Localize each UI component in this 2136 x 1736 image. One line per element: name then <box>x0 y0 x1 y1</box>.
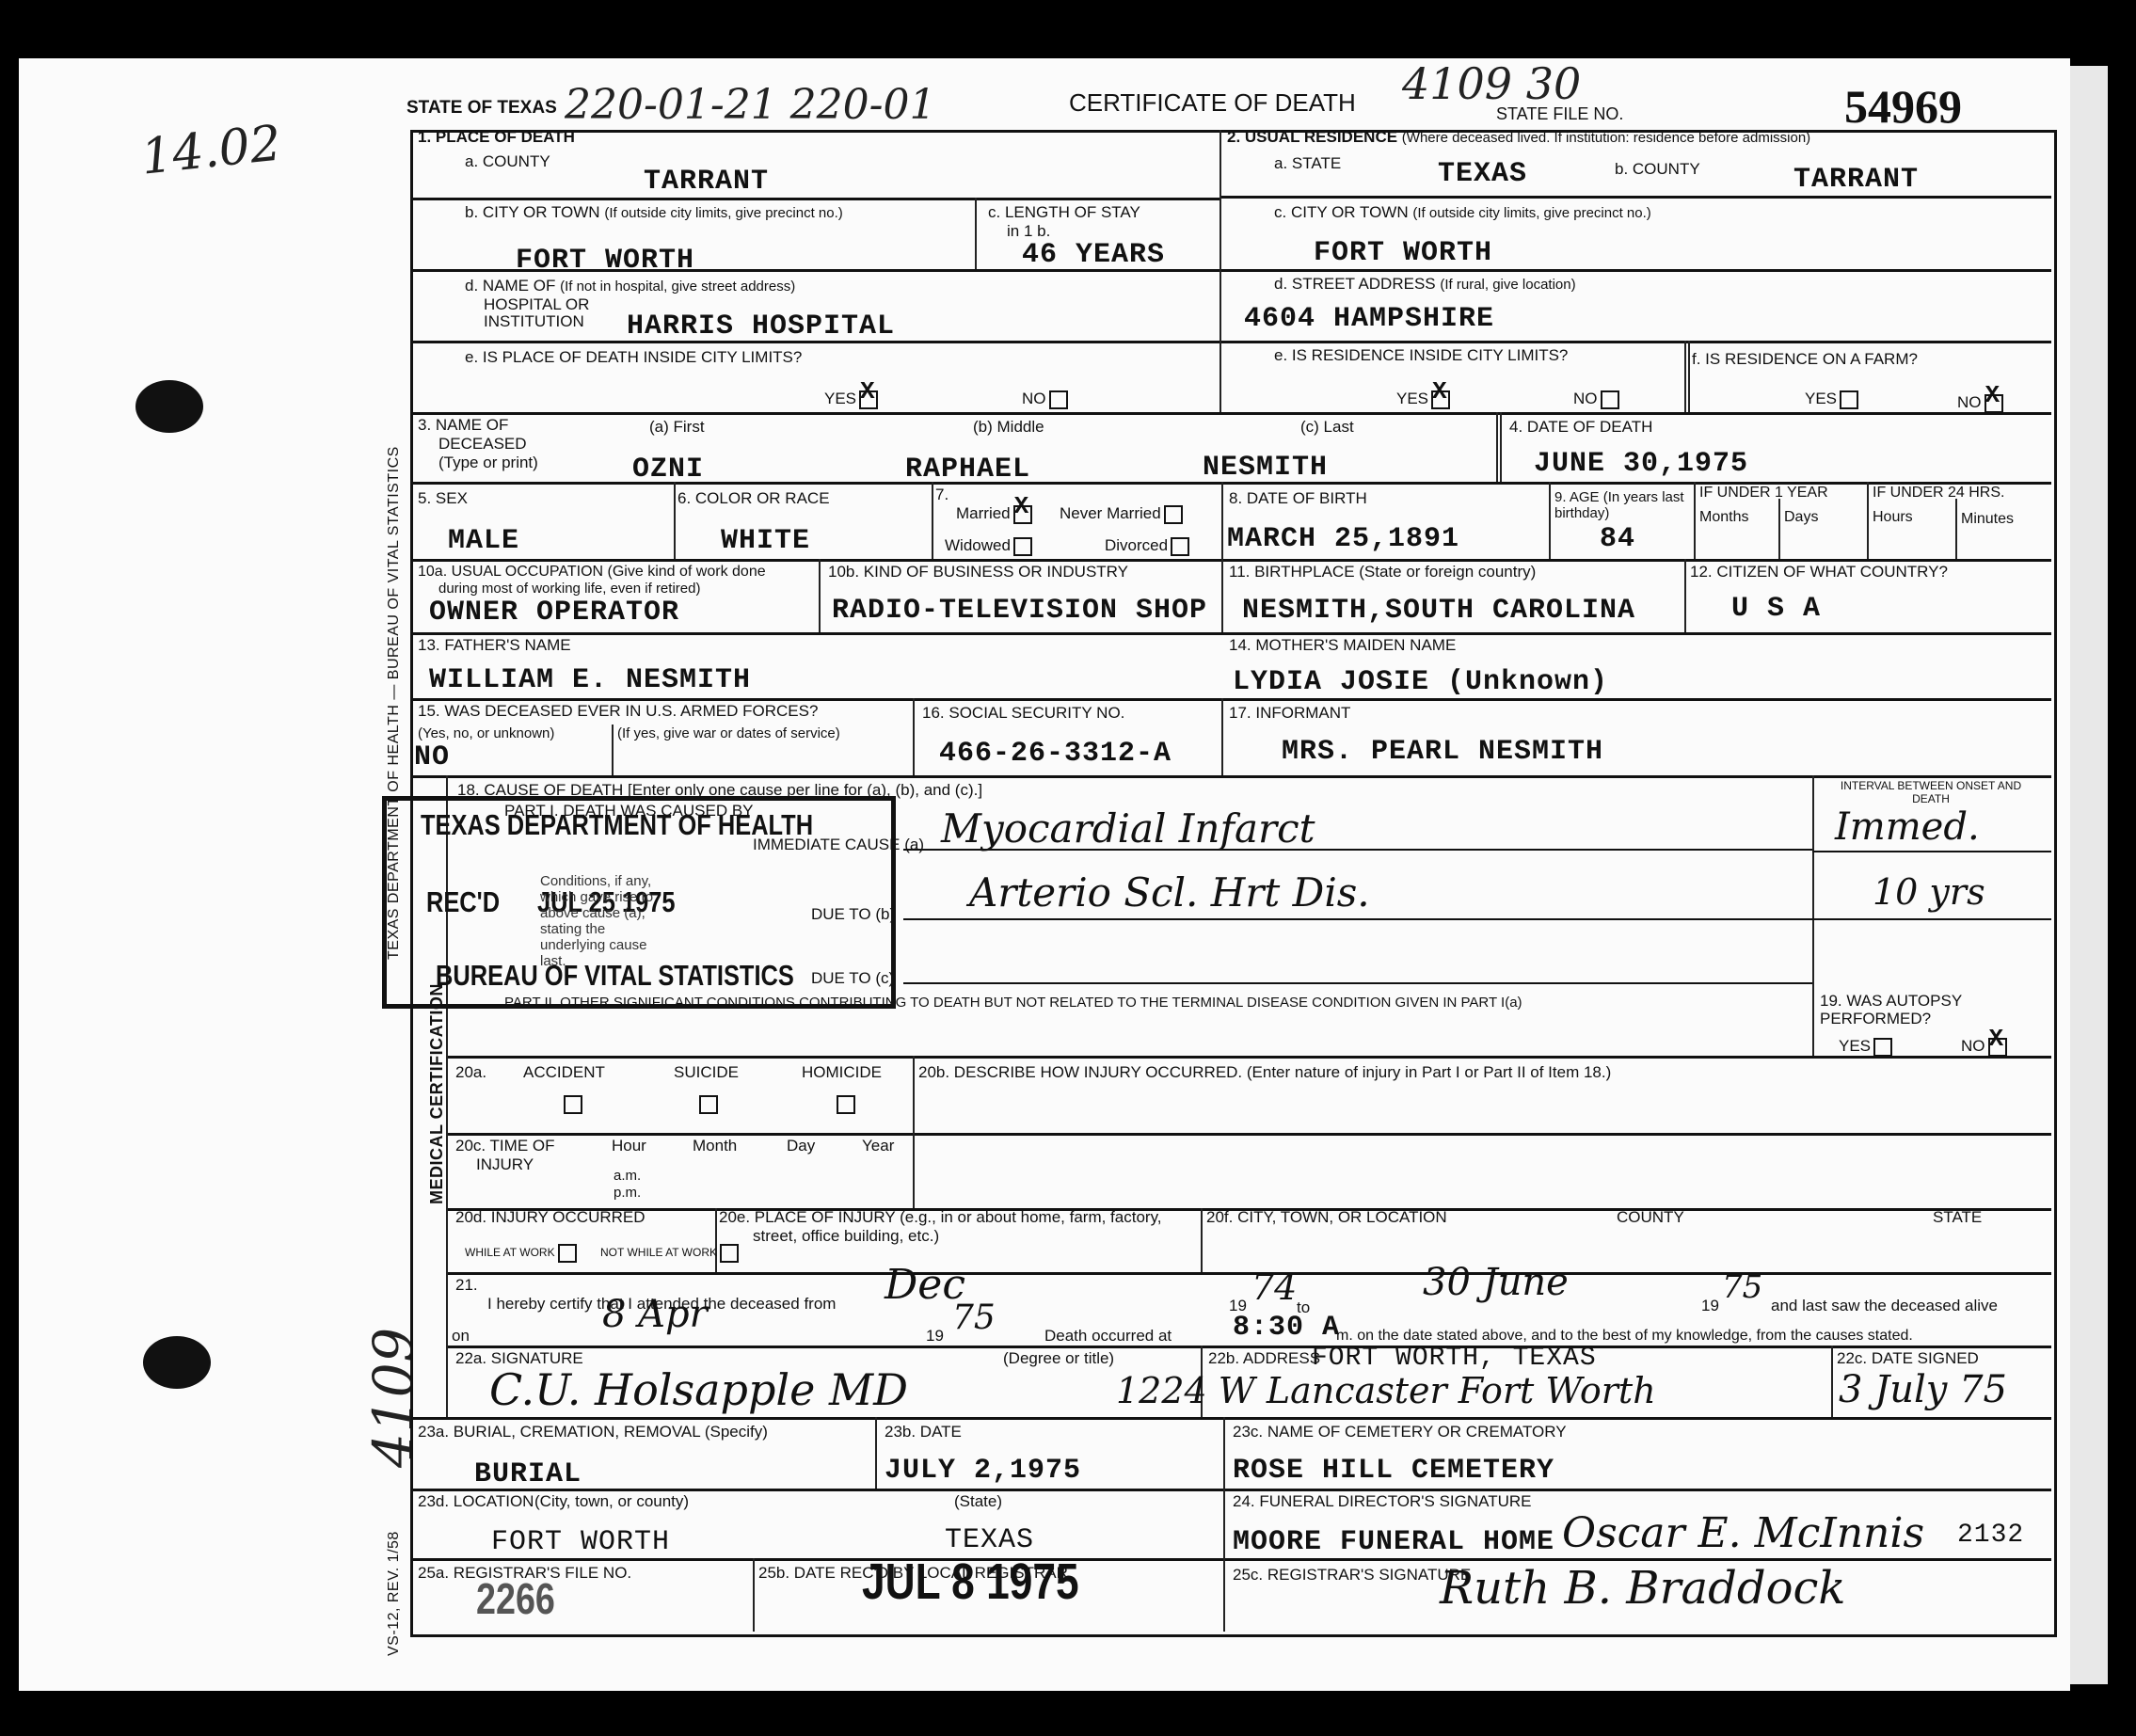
burial-state: TEXAS <box>945 1524 1034 1556</box>
hospital-name: HARRIS HOSPITAL <box>627 311 895 342</box>
place-of-death-label: 1. PLACE OF DEATH <box>418 128 575 146</box>
accident-label: ACCIDENT <box>523 1063 605 1081</box>
res-street-label: d. STREET ADDRESS (If rural, give locati… <box>1274 275 1576 294</box>
birthplace: NESMITH,SOUTH CAROLINA <box>1242 595 1635 627</box>
location-hint: (City, town, or county) <box>534 1492 689 1510</box>
res-county-label: b. COUNTY <box>1615 160 1700 178</box>
injury-c-label: 20c. TIME OF <box>455 1137 555 1155</box>
handwritten-codes: 220-01-21 220-01 <box>565 81 936 129</box>
death-city: FORT WORTH <box>516 245 694 277</box>
registrar-date: JUL 8 1975 <box>862 1553 1079 1611</box>
age-value: 84 <box>1600 523 1635 555</box>
birthplace-label: 11. BIRTHPLACE (State or foreign country… <box>1229 563 1536 581</box>
armed-forces: NO <box>414 741 450 773</box>
hours-label: Hours <box>1873 508 1913 526</box>
occupation-hint: during most of working life, even if ret… <box>438 580 700 597</box>
mother-name: LYDIA JOSIE (Unknown) <box>1233 666 1608 698</box>
marital-label: 7. <box>935 486 948 503</box>
mother-label: 14. MOTHER'S MAIDEN NAME <box>1229 636 1456 654</box>
informant-label: 17. INFORMANT <box>1229 704 1350 722</box>
burial-date: JULY 2,1975 <box>885 1455 1081 1487</box>
certificate-title: CERTIFICATE OF DEATH <box>1069 88 1356 118</box>
director-license: 2132 <box>1957 1521 2024 1550</box>
from-year: 74 <box>1251 1266 1297 1308</box>
injury-state-label: STATE <box>1933 1208 1982 1226</box>
age-label: 9. AGE (In years last birthday) <box>1554 489 1696 521</box>
farm-label: f. IS RESIDENCE ON A FARM? <box>1692 350 1918 368</box>
interval-a: Immed. <box>1835 805 1980 849</box>
burial-date-label: 23b. DATE <box>885 1423 962 1441</box>
physician-signature: C.U. Holsapple MD <box>489 1364 908 1415</box>
married-option[interactable]: Married <box>956 504 1032 524</box>
day-label: Day <box>787 1137 815 1155</box>
occurred-label: Death occurred at <box>1044 1327 1172 1345</box>
armed-hint2: (If yes, give war or dates of service) <box>617 725 840 742</box>
seen-year: 75 <box>952 1298 996 1337</box>
date-of-death: JUNE 30,1975 <box>1534 448 1748 480</box>
disposition-label: 23a. BURIAL, CREMATION, REMOVAL (Specify… <box>418 1423 768 1441</box>
hospital-label3: INSTITUTION <box>484 312 584 330</box>
stay-hint: in 1 b. <box>1007 222 1050 240</box>
res-inside-yes[interactable]: YES <box>1396 390 1450 409</box>
res-inside-label: e. IS RESIDENCE INSIDE CITY LIMITS? <box>1274 346 1568 364</box>
autopsy-no[interactable]: NO <box>1961 1037 2007 1057</box>
hospital-label: d. NAME OF (If not in hospital, give str… <box>465 277 795 295</box>
cert-num: 21. <box>455 1276 478 1294</box>
father-name: WILLIAM E. NESMITH <box>429 664 751 696</box>
stamp-recd: REC'D <box>426 885 500 919</box>
cert-text2: and last saw the deceased alive <box>1771 1297 1998 1314</box>
state-of-texas-label: STATE OF TEXAS <box>406 98 557 119</box>
citizen-label: 12. CITIZEN OF WHAT COUNTRY? <box>1690 563 1948 581</box>
ssn-value: 466-26-3312-A <box>939 738 1172 770</box>
location-label: 23d. LOCATION <box>418 1492 534 1510</box>
suicide-label: SUICIDE <box>674 1063 739 1081</box>
dob-label: 8. DATE OF BIRTH <box>1229 489 1367 507</box>
last-name: NESMITH <box>1203 452 1328 484</box>
race-value: WHITE <box>721 525 810 557</box>
sex-value: MALE <box>448 525 519 557</box>
under-day-label: IF UNDER 24 HRS. <box>1873 484 2004 502</box>
due-to-b: Arterio Scl. Hrt Dis. <box>969 869 1370 916</box>
cemetery: ROSE HILL CEMETERY <box>1233 1455 1554 1487</box>
address-label: 22b. ADDRESS <box>1208 1349 1320 1367</box>
form-id: VS-12, REV. 1/58 <box>386 1531 403 1656</box>
binder-hole-top <box>135 380 203 433</box>
armed-hint1: (Yes, no, or unknown) <box>418 725 554 742</box>
page-edge <box>2070 66 2108 1684</box>
injury-e-hint: street, office building, etc.) <box>753 1227 939 1245</box>
accident-checkbox[interactable] <box>564 1095 582 1114</box>
injury-d-label: 20d. INJURY OCCURRED <box>455 1208 646 1226</box>
disposition: BURIAL <box>474 1458 582 1490</box>
injury-c-label2: INJURY <box>476 1155 534 1173</box>
homicide-checkbox[interactable] <box>837 1095 855 1114</box>
first-label: (a) First <box>649 418 705 436</box>
degree-label: (Degree or title) <box>1003 1349 1114 1367</box>
months-label: Months <box>1699 508 1748 526</box>
father-label: 13. FATHER'S NAME <box>418 636 571 654</box>
death-inside-yes[interactable]: YES <box>824 390 878 409</box>
residence-label: 2. USUAL RESIDENCE (Where deceased lived… <box>1227 128 1810 147</box>
city-label: b. CITY OR TOWN (If outside city limits,… <box>465 203 843 222</box>
interval-b: 10 yrs <box>1873 871 1985 913</box>
injury-a-label: 20a. <box>455 1063 486 1081</box>
not-while-at-work[interactable]: NOT WHILE AT WORK <box>600 1244 739 1263</box>
suicide-checkbox[interactable] <box>699 1095 718 1114</box>
immediate-cause: Myocardial Infarct <box>941 805 1315 852</box>
director-signature: Oscar E. McInnis <box>1562 1509 1924 1557</box>
res-inside-no[interactable]: NO <box>1573 390 1619 409</box>
pm-label: p.m. <box>614 1184 641 1202</box>
month-label: Month <box>693 1137 737 1155</box>
injury-county-label: COUNTY <box>1617 1208 1684 1226</box>
minutes-label: Minutes <box>1961 510 2014 528</box>
date-of-birth: MARCH 25,1891 <box>1227 523 1459 555</box>
binder-hole-bottom <box>143 1336 211 1389</box>
ssn-label: 16. SOCIAL SECURITY NO. <box>922 704 1124 722</box>
middle-name: RAPHAEL <box>905 454 1030 486</box>
registrar-sig-label: 25c. REGISTRAR'S SIGNATURE <box>1233 1566 1471 1584</box>
inside-limits-label: e. IS PLACE OF DEATH INSIDE CITY LIMITS? <box>465 348 802 366</box>
address-typed: FORT WORTH, TEXAS <box>1312 1344 1597 1373</box>
date-signed: 3 July 75 <box>1839 1368 2007 1411</box>
seen-year-prefix: 19 <box>926 1327 944 1345</box>
business-label: 10b. KIND OF BUSINESS OR INDUSTRY <box>828 563 1128 581</box>
autopsy-label: 19. WAS AUTOPSY PERFORMED? <box>1820 992 2046 1027</box>
to-year-prefix: 19 <box>1701 1297 1719 1314</box>
residence-street: 4604 HAMPSHIRE <box>1244 303 1494 335</box>
last-label: (c) Last <box>1300 418 1354 436</box>
armed-label: 15. WAS DECEASED EVER IN U.S. ARMED FORC… <box>418 702 818 720</box>
farm-yes[interactable]: YES <box>1805 390 1858 409</box>
registrar-signature: Ruth B. Braddock <box>1440 1562 1845 1615</box>
residence-state: TEXAS <box>1438 158 1527 190</box>
state-file-number: 54969 <box>1844 79 1962 134</box>
under-year-label: IF UNDER 1 YEAR <box>1699 484 1828 502</box>
hospital-label2: HOSPITAL OR <box>484 295 589 313</box>
state-file-label: STATE FILE NO. <box>1496 105 1623 123</box>
first-name: OZNI <box>632 454 704 486</box>
name-hint: (Type or print) <box>438 454 538 471</box>
middle-label: (b) Middle <box>973 418 1044 436</box>
days-label: Days <box>1784 508 1818 526</box>
informant: MRS. PEARL NESMITH <box>1282 736 1603 768</box>
injury-e-label: 20e. PLACE OF INJURY (e.g., in or about … <box>719 1208 1162 1226</box>
homicide-label: HOMICIDE <box>802 1063 882 1081</box>
conditions-hint: Conditions, if any, which gave rise to a… <box>540 873 662 969</box>
business: RADIO-TELEVISION SHOP <box>832 595 1207 627</box>
while-at-work[interactable]: WHILE AT WORK <box>465 1244 577 1263</box>
death-county: TARRANT <box>644 166 769 198</box>
injury-b-label: 20b. DESCRIBE HOW INJURY OCCURRED. (Ente… <box>918 1063 1611 1081</box>
year-label: Year <box>862 1137 894 1155</box>
location-state-hint: (State) <box>954 1492 1002 1510</box>
cemetery-label: 23c. NAME OF CEMETERY OR CREMATORY <box>1233 1423 1567 1441</box>
residence-city: FORT WORTH <box>1314 237 1492 269</box>
citizenship: U S A <box>1731 593 1821 625</box>
stamp-line1: TEXAS DEPARTMENT OF HEALTH <box>421 808 813 842</box>
hour-label: Hour <box>612 1137 646 1155</box>
address-handwritten: 1224 W Lancaster Fort Worth <box>1116 1370 1656 1411</box>
date-signed-label: 22c. DATE SIGNED <box>1837 1349 1979 1367</box>
death-inside-no[interactable]: NO <box>1022 390 1068 409</box>
stay-label: c. LENGTH OF STAY <box>988 203 1140 221</box>
registrar-file-no: 2266 <box>476 1573 555 1624</box>
last-seen-date: 8 Apr <box>602 1293 708 1336</box>
sex-label: 5. SEX <box>418 489 468 507</box>
injury-f-label: 20f. CITY, TOWN, OR LOCATION <box>1206 1208 1447 1226</box>
funeral-home: MOORE FUNERAL HOME <box>1233 1526 1554 1558</box>
occupation: OWNER OPERATOR <box>429 597 679 629</box>
on-label: on <box>452 1327 470 1345</box>
handwritten-file-marks: 4109 30 <box>1402 58 1581 109</box>
autopsy-yes[interactable]: YES <box>1839 1037 1892 1057</box>
widowed-option[interactable]: Widowed <box>945 536 1032 556</box>
farm-no[interactable]: NO <box>1957 393 2003 413</box>
director-label: 24. FUNERAL DIRECTOR'S SIGNATURE <box>1233 1492 1532 1510</box>
burial-city: FORT WORTH <box>491 1526 670 1558</box>
res-state-label: a. STATE <box>1274 154 1341 172</box>
residence-county: TARRANT <box>1793 164 1919 196</box>
divorced-option[interactable]: Divorced <box>1105 536 1189 556</box>
name-label: 3. NAME OF <box>418 416 508 434</box>
length-of-stay: 46 YEARS <box>1022 239 1165 271</box>
am-label: a.m. <box>614 1167 641 1185</box>
county-label: a. COUNTY <box>465 152 550 170</box>
to-year: 75 <box>1722 1268 1762 1306</box>
dod-label: 4. DATE OF DEATH <box>1509 418 1652 436</box>
attended-to: 30 June <box>1423 1261 1569 1304</box>
never-married-option[interactable]: Never Married <box>1060 504 1183 524</box>
race-label: 6. COLOR OR RACE <box>677 489 830 507</box>
name-label2: DECEASED <box>438 435 527 453</box>
cert-text3: m. on the date stated above, and to the … <box>1336 1327 1913 1345</box>
time-of-death: 8:30 A <box>1233 1312 1340 1344</box>
occupation-label: 10a. USUAL OCCUPATION (Give kind of work… <box>418 563 766 581</box>
interval-label: INTERVAL BETWEEN ONSET AND DEATH <box>1837 779 2025 805</box>
res-city-label: c. CITY OR TOWN (If outside city limits,… <box>1274 203 1651 222</box>
